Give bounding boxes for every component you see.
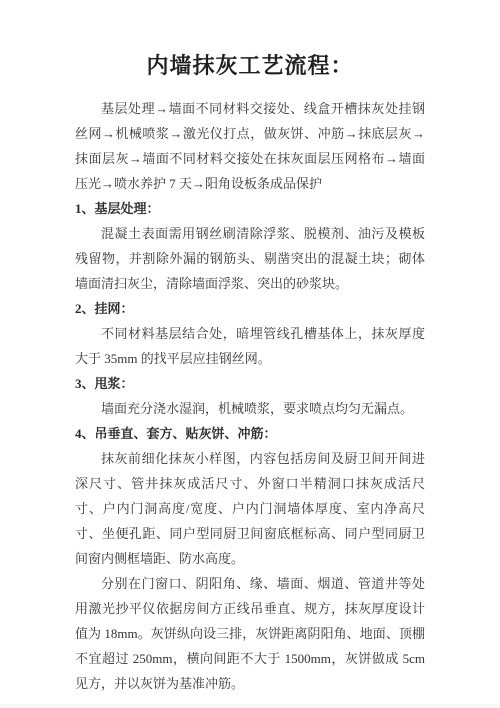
section-paragraph: 混凝土表面需用钢丝刷清除浮浆、脱模剂、油污及模板残留物，并割除外漏的钢筋头、剔凿…: [75, 221, 425, 296]
section-paragraph: 分别在门窗口、阴阳角、缘、墙面、烟道、管道井等处用激光抄平仪依据房间方正线吊垂直…: [75, 571, 425, 696]
section-heading: 2、挂网：: [75, 296, 425, 321]
intro-paragraph: 基层处理→墙面不同材料交接处、线盒开槽抹灰处挂钢丝网→机械喷浆→激光仪打点，做灰…: [75, 96, 425, 196]
section-paragraph: 不同材料基层结合处，暗埋管线孔槽基体上，抹灰厚度大于 35mm 的找平层应挂钢丝…: [75, 321, 425, 371]
section-heading: 1、基层处理：: [75, 196, 425, 221]
page-bottom-edge: [0, 704, 500, 708]
section-slurry-throwing: 3、甩浆： 墙面充分浇水湿润，机械喷浆，要求喷点均匀无漏点。: [75, 371, 425, 421]
section-paragraph: 抹灰前细化抹灰小样图，内容包括房间及厨卫间开间进深尺寸、管井抹灰成活尺寸、外窗口…: [75, 446, 425, 571]
section-heading: 4、吊垂直、套方、贴灰饼、冲筋：: [75, 421, 425, 446]
document-page: 内墙抹灰工艺流程： 基层处理→墙面不同材料交接处、线盒开槽抹灰处挂钢丝网→机械喷…: [0, 0, 500, 708]
section-plumb-and-screed: 4、吊垂直、套方、贴灰饼、冲筋： 抹灰前细化抹灰小样图，内容包括房间及厨卫间开间…: [75, 421, 425, 696]
section-paragraph: 墙面充分浇水湿润，机械喷浆，要求喷点均匀无漏点。: [75, 396, 425, 421]
section-heading: 3、甩浆：: [75, 371, 425, 396]
section-mesh-hanging: 2、挂网： 不同材料基层结合处，暗埋管线孔槽基体上，抹灰厚度大于 35mm 的找…: [75, 296, 425, 371]
section-base-treatment: 1、基层处理： 混凝土表面需用钢丝刷清除浮浆、脱模剂、油污及模板残留物，并割除外…: [75, 196, 425, 296]
page-title: 内墙抹灰工艺流程：: [75, 50, 425, 82]
